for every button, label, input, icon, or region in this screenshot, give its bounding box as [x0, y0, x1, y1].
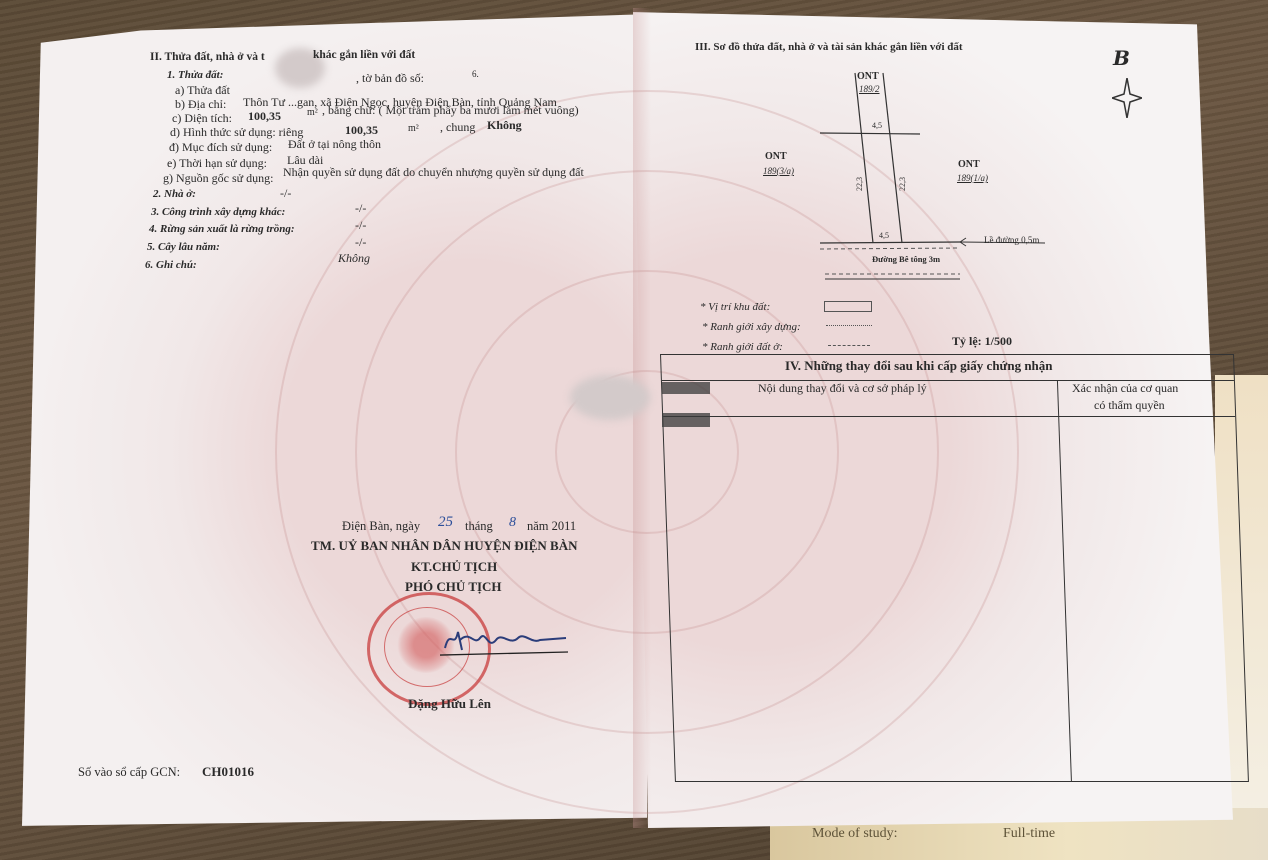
purpose-label: đ) Mục đích sử dụng: — [169, 141, 272, 153]
item-3-value: -/- — [355, 202, 366, 214]
legend-location-swatch — [824, 301, 872, 312]
mode-of-study-value: Full-time — [1003, 826, 1055, 842]
section-ii-heading-start: II. Thửa đất, nhà ở và t — [150, 52, 265, 64]
legend-residential-boundary: * Ranh giới đất ở: — [702, 342, 783, 353]
changes-column-content: Nội dung thay đổi và cơ sở pháp lý — [758, 382, 927, 394]
date-day-handwritten: 25 — [438, 515, 453, 530]
changes-table-column-divider — [1057, 380, 1072, 781]
item-6-label: 6. Ghi chú: — [145, 260, 197, 271]
north-indicator-label: B — [1113, 48, 1130, 68]
dim-top: 4,5 — [872, 122, 882, 130]
changes-table-title: IV. Những thay đổi sau khi cấp giấy chứn… — [785, 359, 1053, 372]
map-sheet-value: 6. — [472, 70, 479, 79]
north-parcel-number: 189/2 — [859, 85, 880, 94]
east-parcel-number: 189(1/a) — [957, 174, 988, 183]
map-scale: Tỷ lệ: 1/500 — [952, 335, 1012, 347]
vice-chairman: PHÓ CHỦ TỊCH — [405, 580, 502, 593]
signature-icon — [440, 620, 570, 660]
date-month-handwritten: 8 — [509, 516, 516, 530]
private-area-unit: m² — [408, 124, 419, 134]
purpose-value: Đất ở tại nông thôn — [288, 138, 381, 150]
common-area-value: Không — [487, 119, 522, 131]
issuing-authority: TM. UỶ BAN NHÂN DÂN HUYỆN ĐIỆN BÀN — [311, 539, 578, 552]
address-label: b) Địa chỉ: — [175, 98, 226, 110]
origin-label: g) Nguồn gốc sử dụng: — [163, 172, 274, 184]
common-area-label: , chung — [440, 121, 475, 133]
date-prefix: Điện Bàn, ngày — [342, 520, 420, 533]
origin-value: Nhận quyền sử dụng đất do chuyển nhượng … — [283, 166, 584, 178]
term-label: e) Thời hạn sử dụng: — [167, 157, 267, 169]
area-value: 100,35 — [248, 110, 281, 122]
west-parcel-number: 189(3/a) — [763, 167, 794, 176]
private-area-value: 100,35 — [345, 124, 378, 136]
item-3-label: 3. Công trình xây dựng khác: — [151, 207, 285, 218]
north-parcel-use: ONT — [857, 72, 879, 82]
redaction-mark — [662, 382, 710, 394]
east-parcel-use: ONT — [958, 160, 980, 170]
compass-star-icon — [1112, 78, 1142, 118]
changes-column-confirmation-line1: Xác nhận của cơ quan — [1072, 382, 1178, 394]
legend-residential-line — [828, 345, 870, 346]
road-shoulder-label: Lề đường 0,5m — [984, 236, 1039, 245]
dim-bottom: 4,5 — [879, 232, 889, 240]
item-5-value: -/- — [355, 236, 366, 248]
item-5-label: 5. Cây lâu năm: — [147, 242, 220, 253]
item-4-label: 4. Rừng sản xuất là rừng trồng: — [149, 224, 295, 235]
legend-location: * Vị trí khu đất: — [700, 302, 770, 313]
usage-form-label: d) Hình thức sử dụng: riêng — [170, 126, 303, 138]
redaction-mark — [662, 413, 710, 427]
mode-of-study-label: Mode of study: — [812, 826, 898, 842]
changes-column-confirmation-line2: có thẩm quyền — [1094, 399, 1165, 411]
changes-table — [660, 354, 1249, 782]
item-4-value: -/- — [355, 219, 366, 231]
area-label: c) Diện tích: — [172, 112, 232, 124]
item-6-value: Không — [338, 252, 370, 264]
area-in-words: , bằng chữ: ( Một trăm phẩy ba mươi lăm … — [322, 104, 579, 116]
dim-left: 22,3 — [856, 177, 864, 191]
area-unit: m² — [307, 108, 318, 118]
registry-label: Số vào sổ cấp GCN: — [78, 766, 180, 779]
registry-number: CH01016 — [202, 765, 254, 778]
date-year: năm 2011 — [527, 520, 576, 533]
item-2-value: -/- — [280, 187, 291, 199]
redacted-area — [570, 375, 650, 420]
section-ii-heading-end: khác gắn liền với đất — [313, 50, 415, 62]
for-chairman: KT.CHỦ TỊCH — [411, 560, 497, 573]
section-iii-heading: III. Sơ đồ thửa đất, nhà ở và tài sản kh… — [695, 42, 963, 53]
legend-building-boundary: * Ranh giới xây dựng: — [702, 322, 801, 333]
west-parcel-use: ONT — [765, 152, 787, 162]
date-month-label: tháng — [465, 520, 493, 533]
dim-right: 22,3 — [899, 177, 907, 191]
parcel-label: a) Thửa đất — [175, 84, 230, 96]
item-1-title: 1. Thửa đất: — [167, 70, 223, 81]
legend-building-line — [826, 325, 872, 326]
signer-name: Đặng Hữu Lên — [408, 697, 491, 710]
item-2-label: 2. Nhà ở: — [153, 189, 196, 200]
map-sheet-label: , tờ bản đồ số: — [356, 72, 424, 84]
road-name-label: Đường Bê tông 3m — [872, 255, 940, 264]
